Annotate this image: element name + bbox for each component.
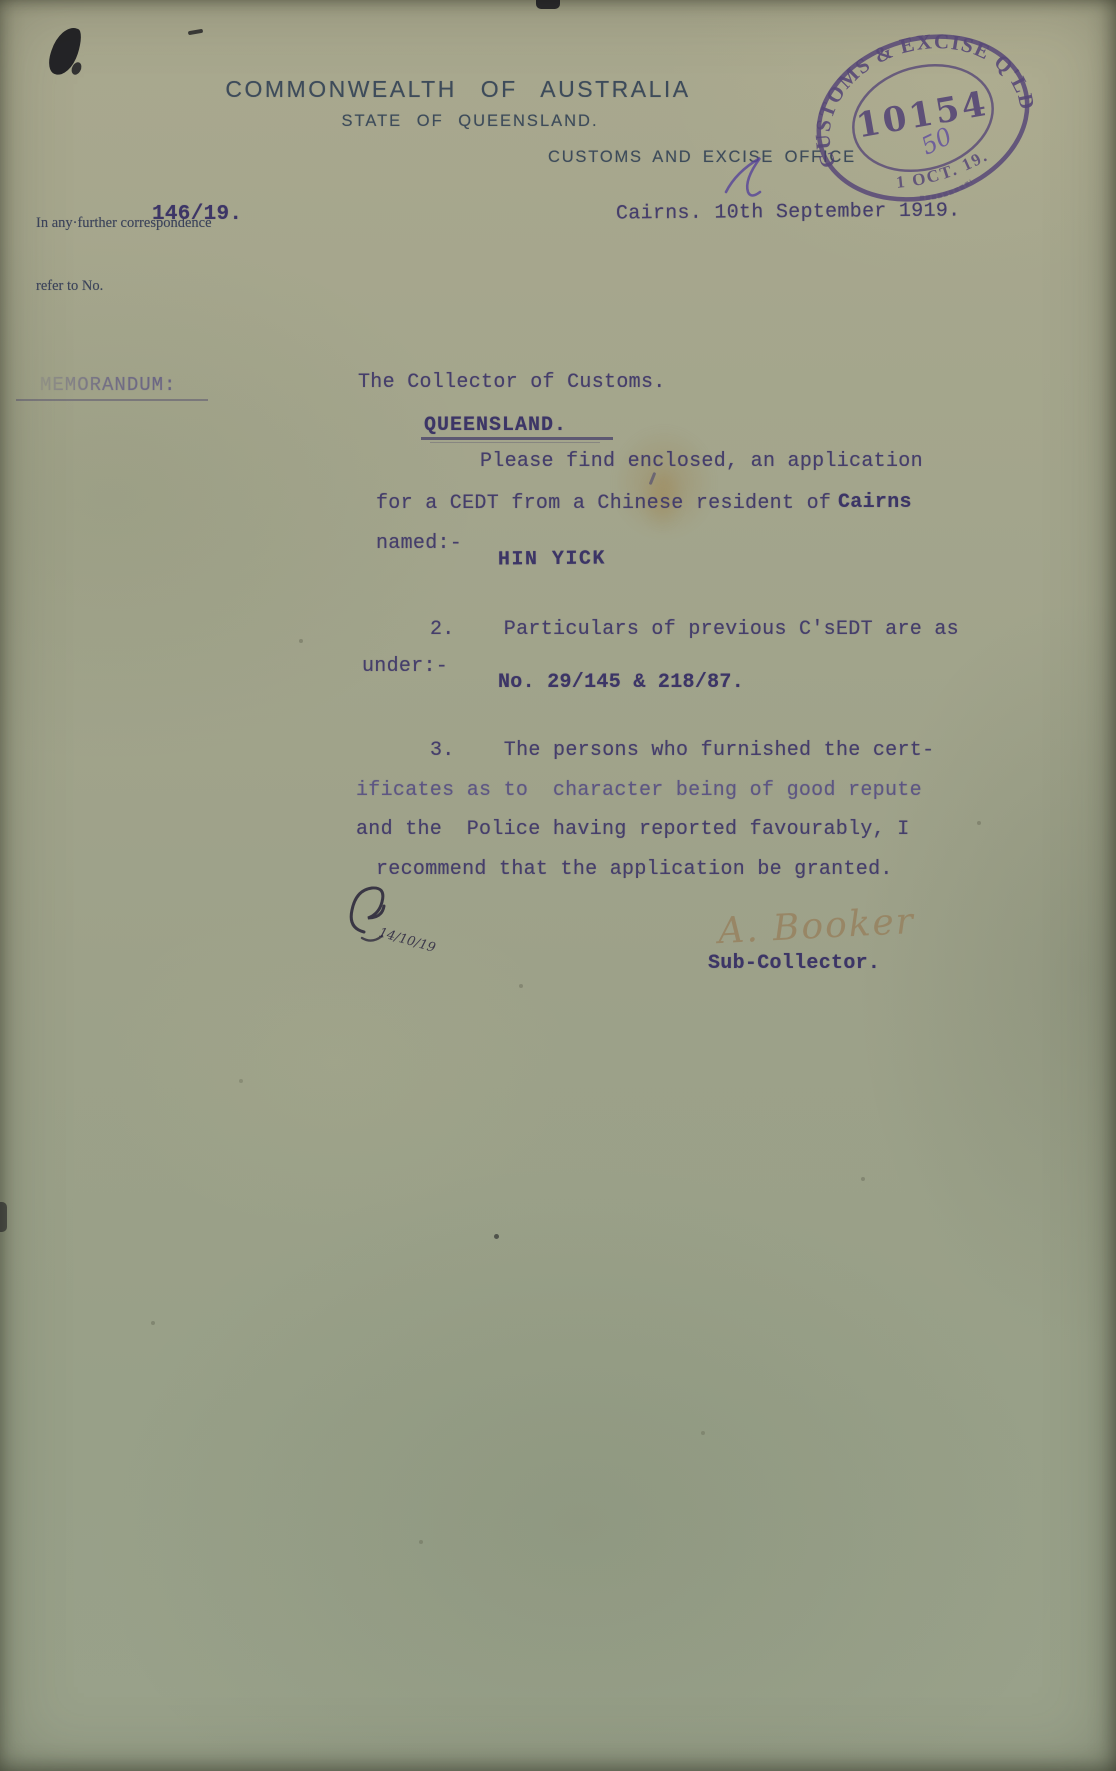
annotation-date: 14/10/19 [377,925,437,956]
stray-dot [494,1234,499,1239]
queensland-underline [421,437,613,440]
header-state: STATE OF QUEENSLAND. [0,112,940,131]
ref-number: 146/19. [152,203,242,226]
para2-line2: under:- [362,655,448,678]
pen-dash-mark [188,29,203,36]
left-edge-nick [0,1202,7,1232]
para3-line2: ificates as to character being of good r… [356,779,922,802]
para3-line1: 3. The persons who furnished the cert- [430,739,934,762]
ref-note: In any·further correspondence refer to N… [36,171,212,339]
applicant-name: HIN YICK [498,548,606,572]
para1-place: Cairns [838,491,912,514]
memo-underline [16,399,208,401]
para1-line3: named:- [376,532,462,555]
paper-specks [0,0,2,2]
document-page: COMMONWEALTH OF AUSTRALIA STATE OF QUEEN… [0,0,1116,1771]
para1-line1: Please find enclosed, an application [480,450,923,473]
signature-title: Sub-Collector. [708,952,880,975]
para1-line2: for a CEDT from a Chinese resident of [376,492,831,515]
queensland-underline-2 [430,442,600,443]
para2-line1: 2. Particulars of previous C'sEDT are as [430,618,959,641]
para2-numbers: No. 29/145 & 218/87. [498,671,744,694]
addressee-line1: The Collector of Customs. [358,371,666,394]
para3-line3: and the Police having reported favourabl… [356,818,910,841]
dateline: Cairns. 10th September 1919. [616,199,961,225]
header-commonwealth: COMMONWEALTH OF AUSTRALIA [0,76,916,103]
handwritten-annotation: 14/10/19 [338,878,458,960]
customs-stamp: • CUSTOMS & EXCISE Q'LD • 10154 50 1 OCT… [806,24,1046,214]
ref-note-line2: refer to No. [36,276,212,297]
signature: A. Booker [717,901,916,952]
top-edge-mark [536,0,560,9]
addressee-line2: QUEENSLAND. [424,414,567,437]
handwritten-tick [714,142,784,202]
memo-label: MEMORANDUM: [40,374,176,396]
